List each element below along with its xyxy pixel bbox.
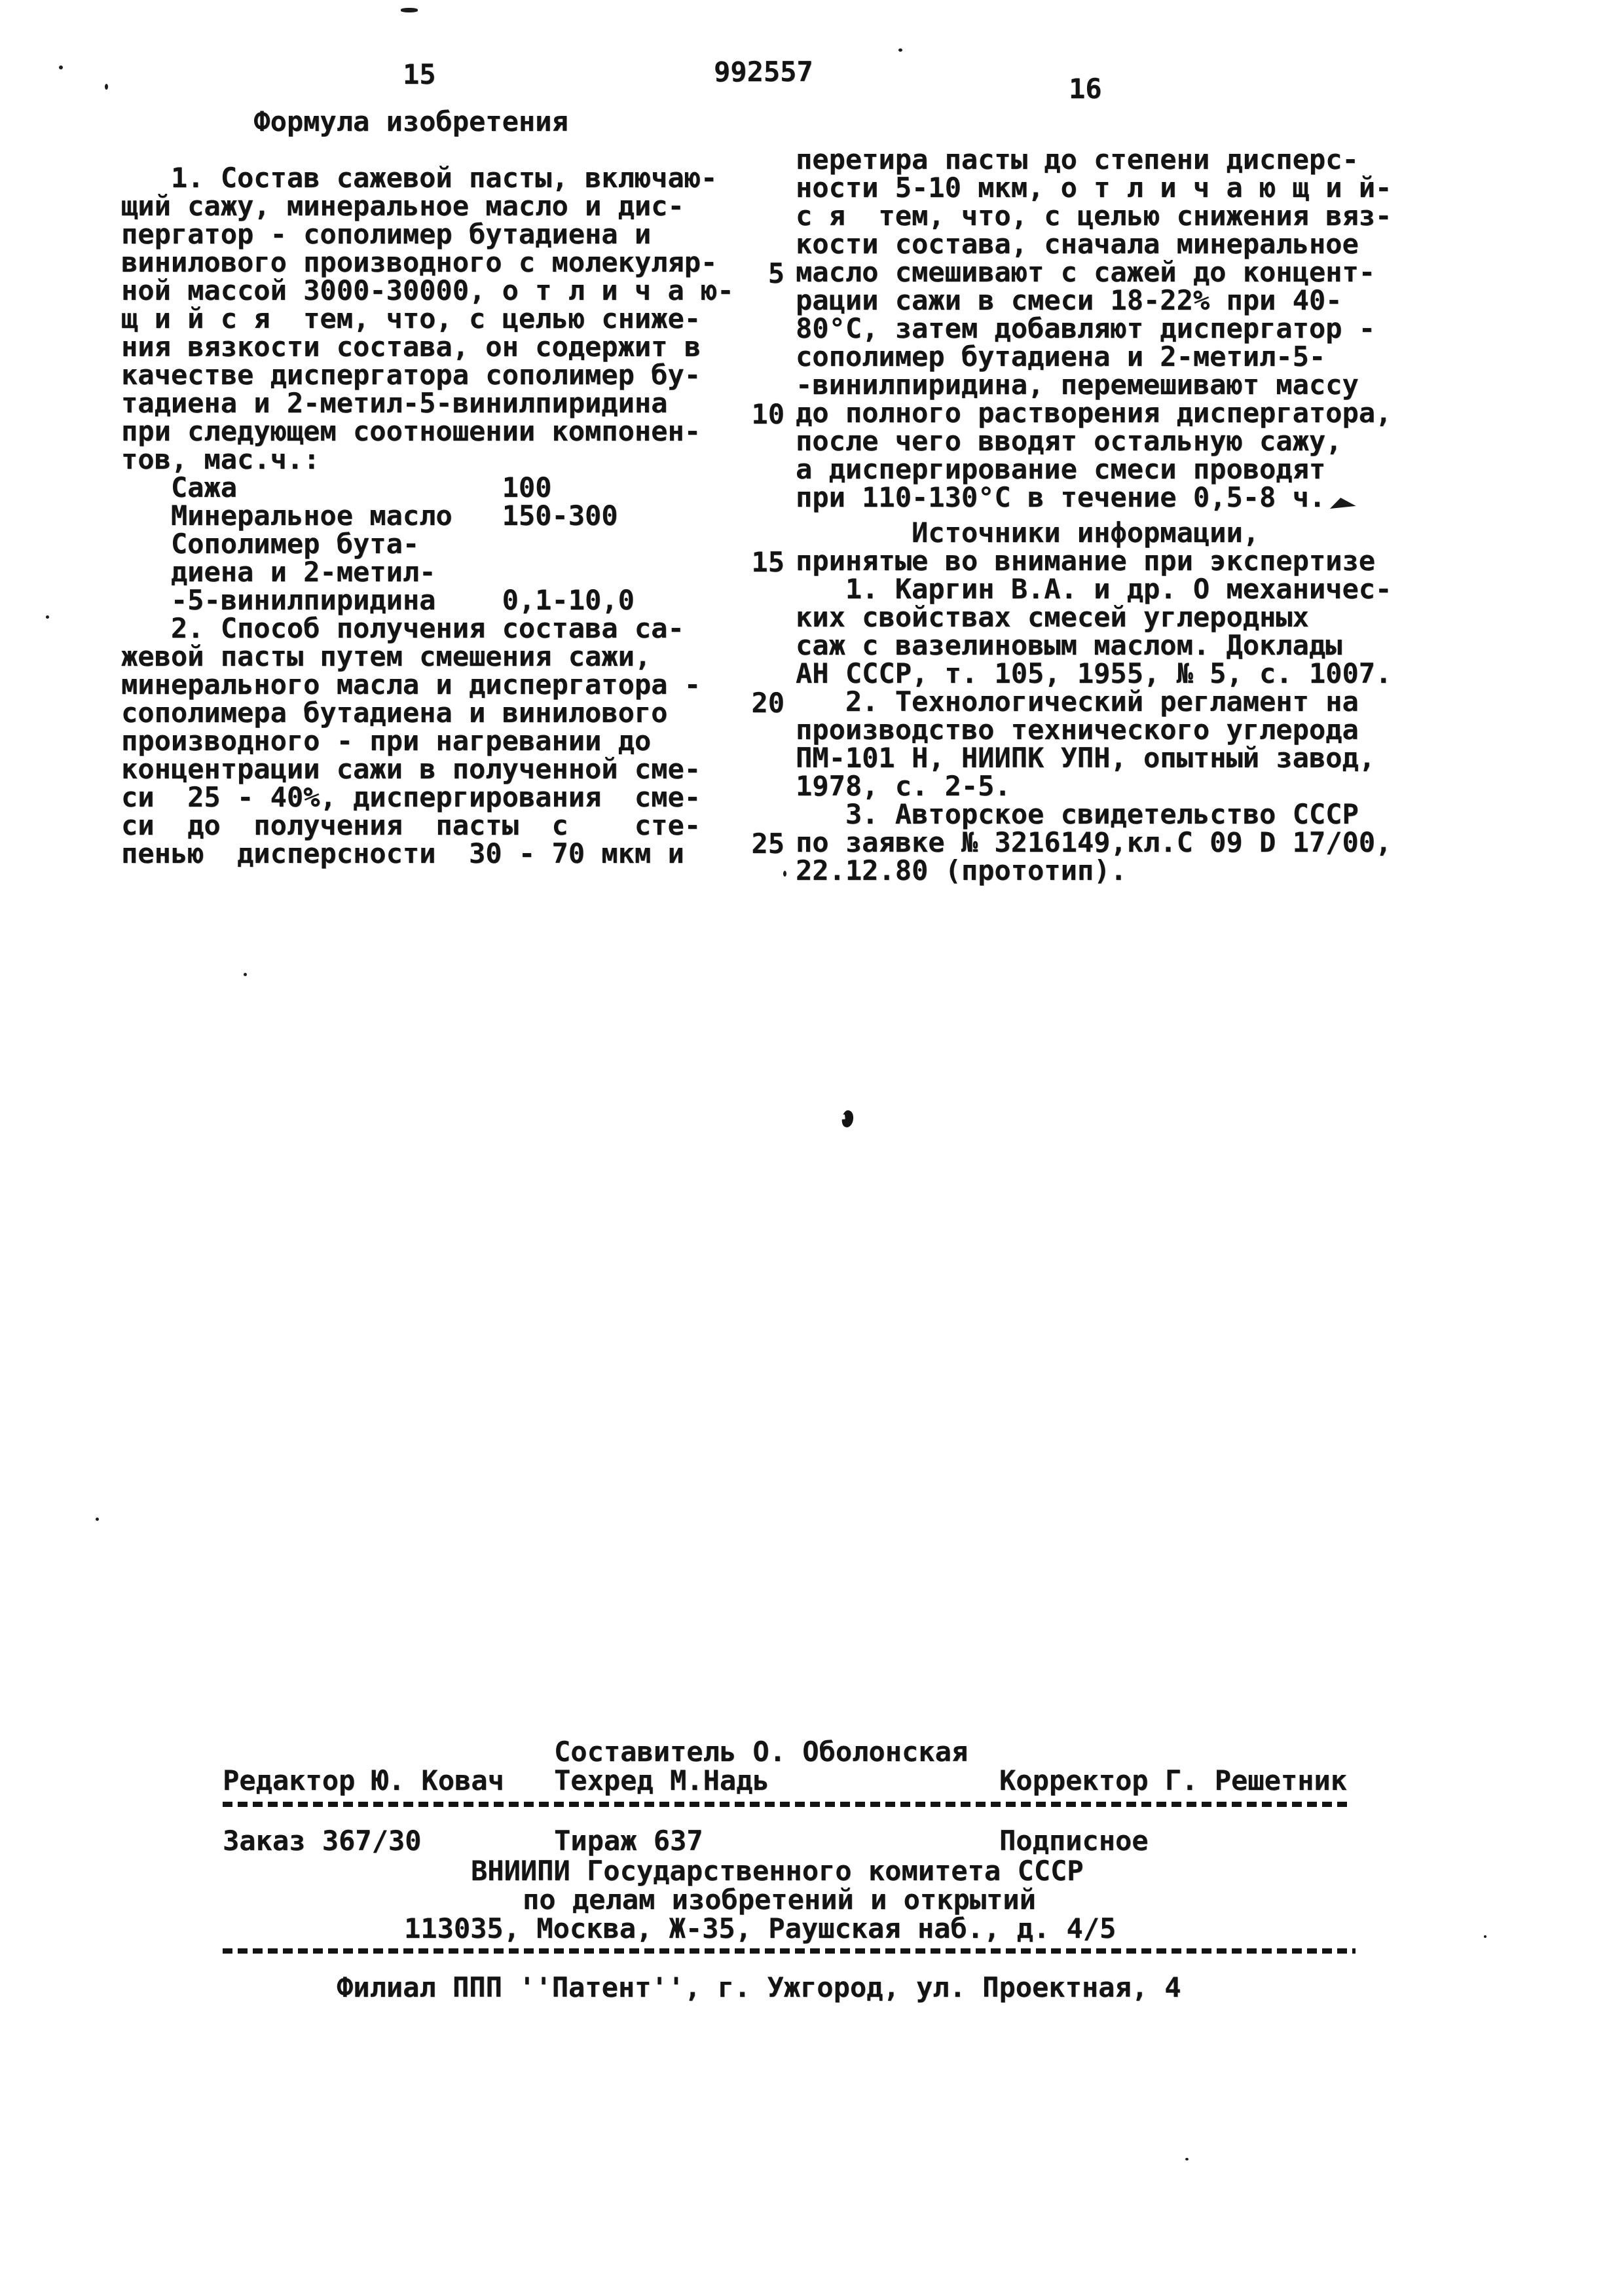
- text-line: 1. Состав сажевой пасты, включаю-: [121, 164, 737, 192]
- footer-org-line-1: ВНИИПИ Государственного комитета СССР: [471, 1857, 1084, 1886]
- footer-editor: Редактор Ю. Ковач: [223, 1766, 504, 1795]
- text-line: при следующем соотношении компонен-: [121, 417, 737, 445]
- text-line: жевой пасты путем смешения сажи,: [121, 642, 737, 670]
- left-column: Формула изобретения 1. Состав сажевой па…: [121, 107, 737, 867]
- text-line: 1978, с. 2-5.: [796, 772, 1411, 800]
- text-line: производного - при нагревании до: [121, 727, 737, 755]
- footer-branch: Филиал ППП ''Патент'', г. Ужгород, ул. П…: [337, 1973, 1181, 2002]
- text-line: качестве диспергатора сополимер бу-: [121, 361, 737, 389]
- text-line: 1. Каргин В.А. и др. О механичес-: [796, 575, 1411, 603]
- text-line: щ и й с я тем, что, с целью сниже-: [121, 304, 737, 333]
- text-line: пергатор - сополимер бутадиена и: [121, 220, 737, 248]
- text-line: сополимер бутадиена и 2-метил-5-: [796, 342, 1411, 371]
- text-line: рации сажи в смеси 18-22% при 40-: [796, 286, 1411, 314]
- ink-speck: [46, 615, 49, 619]
- text-line: 2. Способ получения состава са-: [121, 614, 737, 642]
- line-number-10: 10: [739, 400, 784, 428]
- text-line: Источники информации,: [796, 519, 1411, 547]
- text-line: саж с вазелиновым маслом. Доклады: [796, 631, 1411, 659]
- text-line: пенью дисперсности 30 - 70 мкм и: [121, 839, 737, 867]
- footer-print-run: Тираж 637: [554, 1827, 703, 1855]
- text-line: ПМ-101 Н, НИИПК УПН, опытный завод,: [796, 744, 1411, 772]
- ink-speck: [59, 65, 63, 69]
- ink-speck: [1185, 2158, 1189, 2160]
- text-line: концентрации сажи в полученной сме-: [121, 755, 737, 783]
- ink-speck: [401, 8, 418, 12]
- ink-speck: [1484, 1935, 1486, 1938]
- text-line: винилового производного с молекуляр-: [121, 248, 737, 276]
- footer-compiler: Составитель О. Оболонская: [554, 1738, 968, 1766]
- text-line: си до получения пасты с сте-: [121, 811, 737, 839]
- ink-speck: [96, 1518, 99, 1521]
- text-line: 80°С, затем добавляют диспергатор -: [796, 314, 1411, 342]
- text-line: АН СССР, т. 105, 1955, № 5, с. 1007.: [796, 659, 1411, 687]
- page-number-left: 15: [403, 60, 436, 89]
- text-line: масло смешивают с сажей до концент-: [796, 258, 1411, 286]
- ink-speck: [244, 973, 247, 976]
- text-line: Сажа 100: [121, 473, 737, 501]
- text-line: Минеральное масло 150-300: [121, 501, 737, 530]
- footer-techred: Техред М.Надь: [554, 1766, 769, 1795]
- line-number-5: 5: [739, 259, 784, 287]
- text-line: при 110-130°С в течение 0,5-8 ч.: [796, 483, 1411, 511]
- text-line: си 25 - 40%, диспергирования сме-: [121, 783, 737, 811]
- text-line: с я тем, что, с целью снижения вяз-: [796, 202, 1411, 230]
- footer-corrector: Корректор Г. Решетник: [999, 1766, 1347, 1795]
- patent-page-scan: 15 992557 16 Формула изобретения 1. Сост…: [0, 0, 1624, 2296]
- ink-blot: [840, 1109, 855, 1128]
- line-number-25: 25: [739, 829, 784, 858]
- text-line: минерального масла и диспергатора -: [121, 670, 737, 699]
- text-line: тов, мас.ч.:: [121, 445, 737, 473]
- text-line: кости состава, сначала минеральное: [796, 230, 1411, 258]
- text-line: а диспергирование смеси проводят: [796, 455, 1411, 483]
- ink-speck: [783, 871, 786, 877]
- footer-subscription: Подписное: [999, 1827, 1149, 1855]
- text-line: ности 5-10 мкм, о т л и ч а ю щ и й-: [796, 173, 1411, 202]
- text-line: -5-винилпиридина 0,1-10,0: [121, 586, 737, 614]
- line-number-15: 15: [739, 548, 784, 576]
- text-line: 2. Технологический регламент на: [796, 687, 1411, 716]
- text-line: тадиена и 2-метил-5-винилпиридина: [121, 389, 737, 417]
- text-line: до полного растворения диспергатора,: [796, 399, 1411, 427]
- line-number-20: 20: [739, 689, 784, 717]
- text-line: диена и 2-метил-: [121, 558, 737, 586]
- ink-speck: [105, 84, 108, 90]
- text-line: Формула изобретения: [121, 107, 737, 136]
- text-line: ких свойствах смесей углеродных: [796, 603, 1411, 631]
- text-line: производство технического углерода: [796, 716, 1411, 744]
- divider-dashed-top: [223, 1802, 1352, 1807]
- text-line: принятые во внимание при экспертизе: [796, 547, 1411, 575]
- right-column-claim: перетира пасты до степени дисперс-ности …: [796, 145, 1411, 511]
- text-line: щий сажу, минеральное масло и дис-: [121, 192, 737, 220]
- ink-speck: [898, 48, 902, 52]
- text-line: [121, 136, 737, 164]
- text-line: сополимера бутадиена и винилового: [121, 699, 737, 727]
- divider-dashed-bottom: [223, 1948, 1356, 1954]
- text-line: ной массой 3000-30000, о т л и ч а ю-: [121, 276, 737, 304]
- text-line: ния вязкости состава, он содержит в: [121, 333, 737, 361]
- text-line: 3. Авторское свидетельство СССР: [796, 800, 1411, 828]
- footer-org-line-2: по делам изобретений и открытий: [523, 1886, 1036, 1914]
- text-line: Сополимер бута-: [121, 530, 737, 558]
- text-line: после чего вводят остальную сажу,: [796, 427, 1411, 455]
- text-line: 22.12.80 (прототип).: [796, 856, 1411, 884]
- patent-number: 992557: [714, 58, 813, 86]
- footer-order-number: Заказ 367/30: [223, 1827, 421, 1855]
- page-number-right: 16: [1069, 75, 1102, 103]
- footer-org-address: 113035, Москва, Ж-35, Раушская наб., д. …: [404, 1914, 1116, 1943]
- text-line: перетира пасты до степени дисперс-: [796, 145, 1411, 173]
- text-line: -винилпиридина, перемешивают массу: [796, 371, 1411, 399]
- text-line: по заявке № 3216149,кл.С 09 D 17/00,: [796, 828, 1411, 856]
- right-column-sources: Источники информации,принятые во внимани…: [796, 519, 1411, 884]
